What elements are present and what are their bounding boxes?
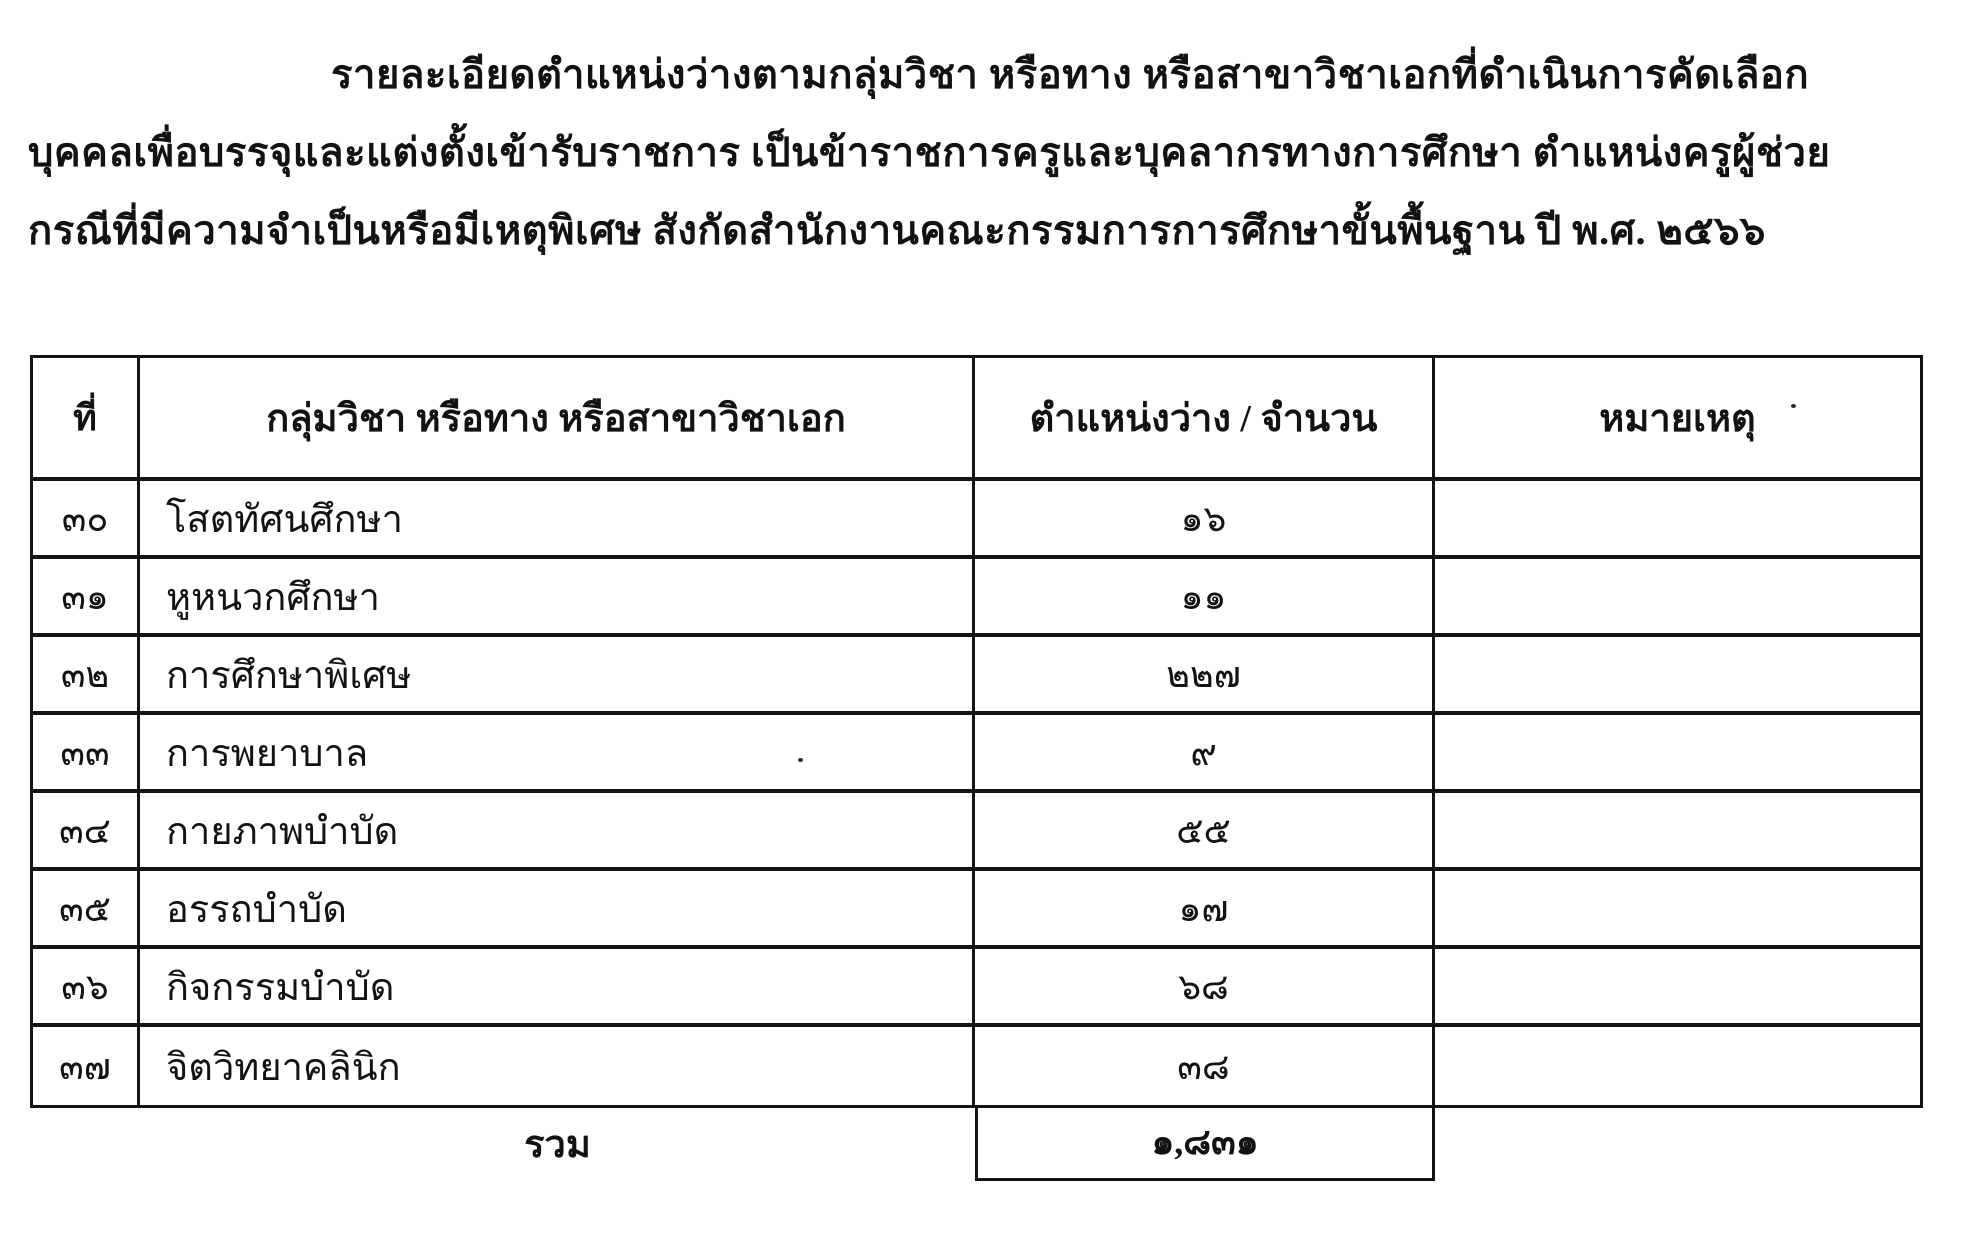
table-row: ๓๒ การศึกษาพิเศษ ๒๒๗: [33, 637, 1920, 715]
row-no: ๓๓: [33, 715, 140, 793]
row-vacancies: ๖๘: [975, 949, 1435, 1027]
table-row: ๓๕ อรรถบำบัด ๑๗: [33, 871, 1920, 949]
total-row: รวม ๑,๘๓๑: [30, 1105, 1923, 1181]
row-vacancies: ๑๖: [975, 481, 1435, 559]
row-remark: [1435, 871, 1920, 949]
row-vacancies: ๕๕: [975, 793, 1435, 871]
row-no: ๓๕: [33, 871, 140, 949]
scan-speck: [798, 758, 803, 762]
row-remark: [1435, 715, 1920, 793]
row-subject: อรรถบำบัด: [140, 871, 975, 949]
row-no: ๓๑: [33, 559, 140, 637]
row-subject: การพยาบาล: [140, 715, 975, 793]
table-row: ๓๑ หูหนวกศึกษา ๑๑: [33, 559, 1920, 637]
row-subject: จิตวิทยาคลินิก: [140, 1027, 975, 1105]
document-title: รายละเอียดตำแหน่งว่างตามกลุ่มวิชา หรือทา…: [28, 36, 1940, 270]
table-row: ๓๗ จิตวิทยาคลินิก ๓๘: [33, 1027, 1920, 1105]
header-cell-no: ที่: [33, 358, 140, 481]
row-remark: [1435, 793, 1920, 871]
row-subject: โสตทัศนศึกษา: [140, 481, 975, 559]
title-line-3: กรณีที่มีความจำเป็นหรือมีเหตุพิเศษ สังกั…: [28, 192, 1940, 270]
vacancy-table: ที่ กลุ่มวิชา หรือทาง หรือสาขาวิชาเอก ตำ…: [30, 355, 1923, 1108]
row-subject: การศึกษาพิเศษ: [140, 637, 975, 715]
row-no: ๓๗: [33, 1027, 140, 1105]
table-row: ๓๖ กิจกรรมบำบัด ๖๘: [33, 949, 1920, 1027]
scan-speck: [1791, 404, 1796, 408]
header-cell-subject: กลุ่มวิชา หรือทาง หรือสาขาวิชาเอก: [140, 358, 975, 481]
row-remark: [1435, 559, 1920, 637]
title-line-1: รายละเอียดตำแหน่งว่างตามกลุ่มวิชา หรือทา…: [28, 36, 1940, 114]
row-remark: [1435, 637, 1920, 715]
row-no: ๓๔: [33, 793, 140, 871]
header-cell-vacancies: ตำแหน่งว่าง / จำนวน: [975, 358, 1435, 481]
row-vacancies: ๑๗: [975, 871, 1435, 949]
row-no: ๓๒: [33, 637, 140, 715]
row-vacancies: ๓๘: [975, 1027, 1435, 1105]
row-vacancies: ๒๒๗: [975, 637, 1435, 715]
row-remark: [1435, 1027, 1920, 1105]
row-vacancies: ๙: [975, 715, 1435, 793]
table-header-row: ที่ กลุ่มวิชา หรือทาง หรือสาขาวิชาเอก ตำ…: [33, 358, 1920, 481]
table-row: ๓๓ การพยาบาล ๙: [33, 715, 1920, 793]
title-line-2: บุคคลเพื่อบรรจุและแต่งตั้งเข้ารับราชการ …: [28, 114, 1940, 192]
total-value: ๑,๘๓๑: [975, 1105, 1435, 1181]
row-subject: หูหนวกศึกษา: [140, 559, 975, 637]
row-remark: [1435, 949, 1920, 1027]
total-remark-spacer: [1435, 1105, 1923, 1181]
row-no: ๓๐: [33, 481, 140, 559]
total-label: รวม: [140, 1105, 975, 1181]
header-cell-remark: หมายเหตุ: [1435, 358, 1920, 481]
row-vacancies: ๑๑: [975, 559, 1435, 637]
row-no: ๓๖: [33, 949, 140, 1027]
table-row: ๓๔ กายภาพบำบัด ๕๕: [33, 793, 1920, 871]
row-subject: กิจกรรมบำบัด: [140, 949, 975, 1027]
table-row: ๓๐ โสตทัศนศึกษา ๑๖: [33, 481, 1920, 559]
row-subject: กายภาพบำบัด: [140, 793, 975, 871]
total-spacer: [30, 1105, 140, 1181]
row-remark: [1435, 481, 1920, 559]
scanned-document-page: รายละเอียดตำแหน่งว่างตามกลุ่มวิชา หรือทา…: [0, 0, 1963, 1233]
